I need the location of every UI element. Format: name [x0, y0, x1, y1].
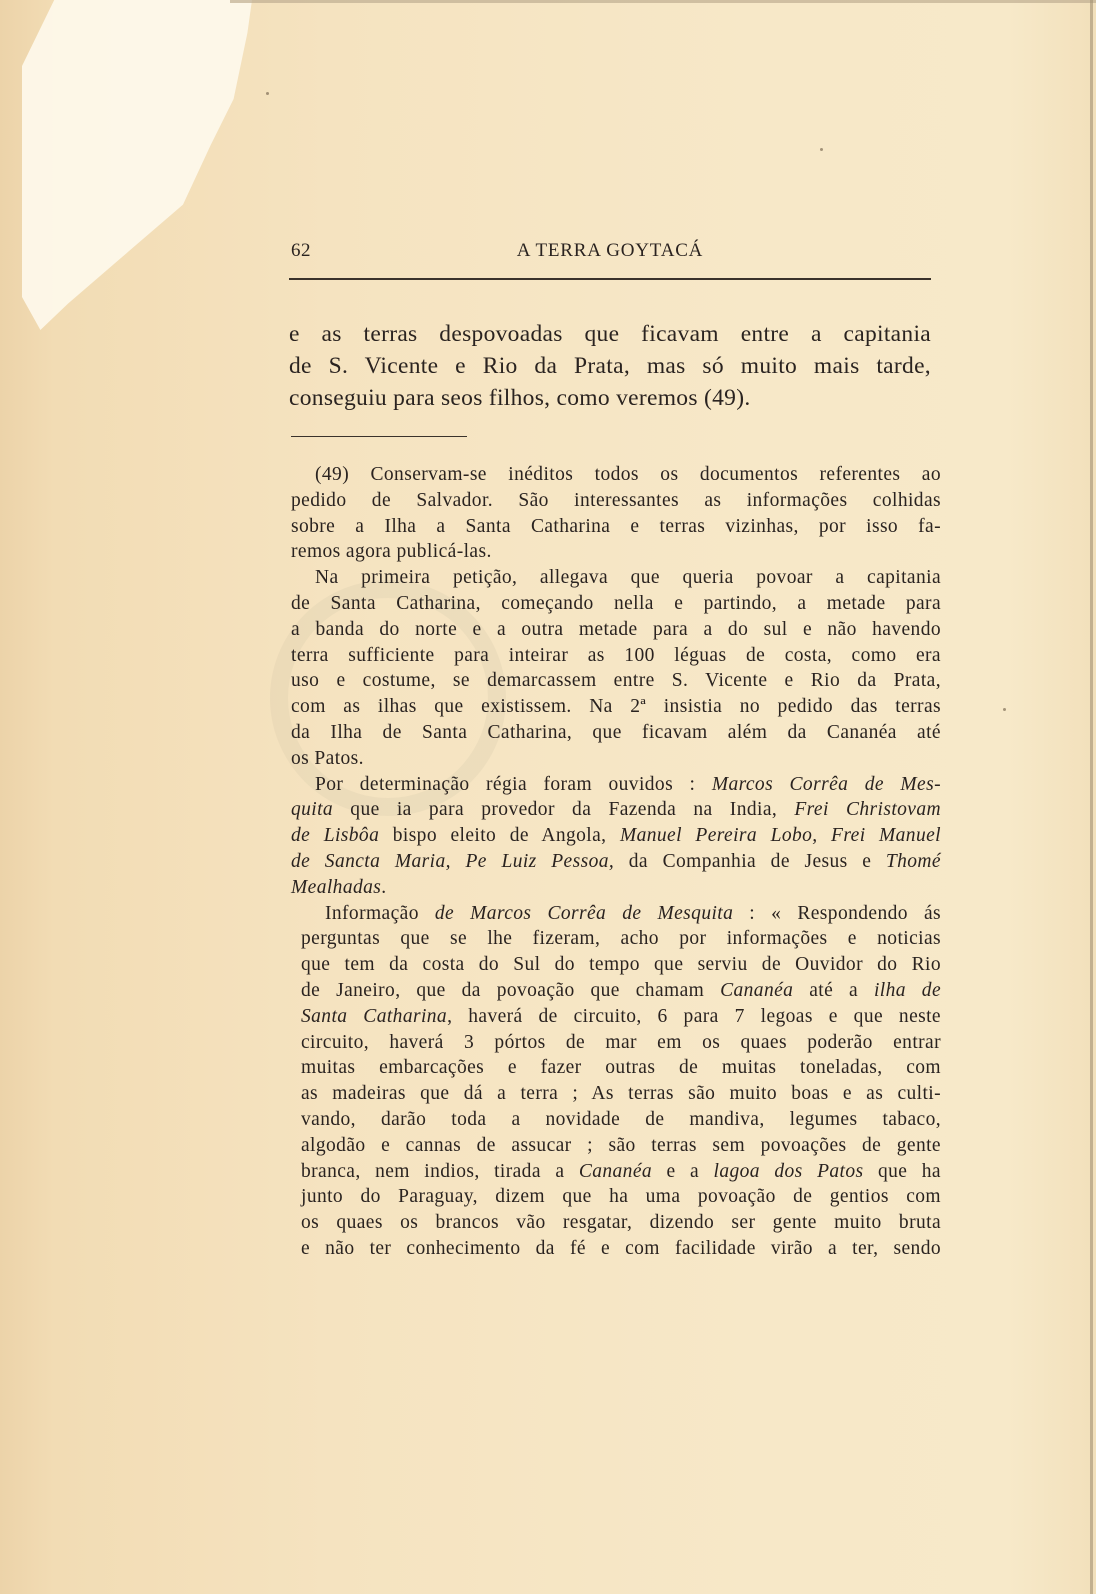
footnote-separator — [291, 436, 467, 437]
footnote-line: pedido de Salvador. São interessantes as… — [291, 488, 941, 514]
footnote-line: Informação de Marcos Corrêa de Mesquita … — [301, 901, 941, 927]
footnote-line: branca, nem indios, tirada a Cananéa e a… — [301, 1159, 941, 1185]
footnote-line: algodão e cannas de assucar ; são terras… — [301, 1133, 941, 1159]
footnote-line: de Sancta Maria, Pe Luiz Pessoa, da Comp… — [291, 849, 941, 875]
footnote-line: terra sufficiente para inteirar as 100 l… — [291, 643, 941, 669]
running-title: A TERRA GOYTACÁ — [289, 240, 931, 262]
footnote-line: muitas embarcações e fazer outras de mui… — [301, 1055, 941, 1081]
body-line: conseguiu para seos filhos, como veremos… — [289, 382, 931, 414]
torn-paper-corner — [22, 0, 252, 330]
footnote-line: remos agora publicá-las. — [291, 539, 941, 565]
footnote-line: as madeiras que dá a terra ; As terras s… — [301, 1081, 941, 1107]
footnote-line: os Patos. — [291, 746, 941, 772]
header-rule — [289, 278, 931, 280]
footnote-line: e não ter conhecimento da fé e com facil… — [301, 1236, 941, 1262]
footnote-line: sobre a Ilha a Santa Catharina e terras … — [291, 514, 941, 540]
body-paragraph: e as terras despovoadas que ficavam entr… — [289, 318, 931, 414]
footnote-line: de Janeiro, que da povoação que chamam C… — [301, 978, 941, 1004]
footnote-line: (49) Conservam-se inéditos todos os docu… — [291, 462, 941, 488]
footnote-line: que tem da costa do Sul do tempo que ser… — [301, 952, 941, 978]
running-header: 62 A TERRA GOYTACÁ — [289, 238, 931, 266]
footnote-line: circuito, haverá 3 pórtos de mar em os q… — [301, 1030, 941, 1056]
footnote-line: os quaes os brancos vão resgatar, dizend… — [301, 1210, 941, 1236]
footnote-line: de Lisbôa bispo eleito de Angola, Manuel… — [291, 823, 941, 849]
footnote-line: Santa Catharina, haverá de circuito, 6 p… — [301, 1004, 941, 1030]
scanned-page: 62 A TERRA GOYTACÁ e as terras despovoad… — [0, 0, 1096, 1594]
ink-speck — [820, 148, 823, 151]
footnote-line: Na primeira petição, allegava que queria… — [291, 565, 941, 591]
footnote-line: perguntas que se lhe fizeram, acho por i… — [301, 926, 941, 952]
body-line: e as terras despovoadas que ficavam entr… — [289, 318, 931, 350]
footnote-line: uso e costume, se demarcassem entre S. V… — [291, 668, 941, 694]
footnote-line: de Santa Catharina, começando nella e pa… — [291, 591, 941, 617]
footnote-line: vando, darão toda a novidade de mandiva,… — [301, 1107, 941, 1133]
footnote-line: com as ilhas que existissem. Na 2ª insis… — [291, 694, 941, 720]
body-line: de S. Vicente e Rio da Prata, mas só mui… — [289, 350, 931, 382]
ink-speck — [266, 92, 269, 95]
footnote-line: a banda do norte e a outra metade para a… — [291, 617, 941, 643]
footnote-line: da Ilha de Santa Catharina, que ficavam … — [291, 720, 941, 746]
page-top-edge — [230, 0, 1096, 3]
footnote-line: Por determinação régia foram ouvidos : M… — [291, 772, 941, 798]
footnote-49: (49) Conservam-se inéditos todos os docu… — [291, 462, 941, 1262]
page-right-edge — [1090, 0, 1093, 1594]
footnote-line: quita que ia para provedor da Fazenda na… — [291, 797, 941, 823]
footnote-line: junto do Paraguay, dizem que ha uma povo… — [301, 1184, 941, 1210]
footnote-line: Mealhadas. — [291, 875, 941, 901]
ink-speck — [1003, 708, 1006, 711]
